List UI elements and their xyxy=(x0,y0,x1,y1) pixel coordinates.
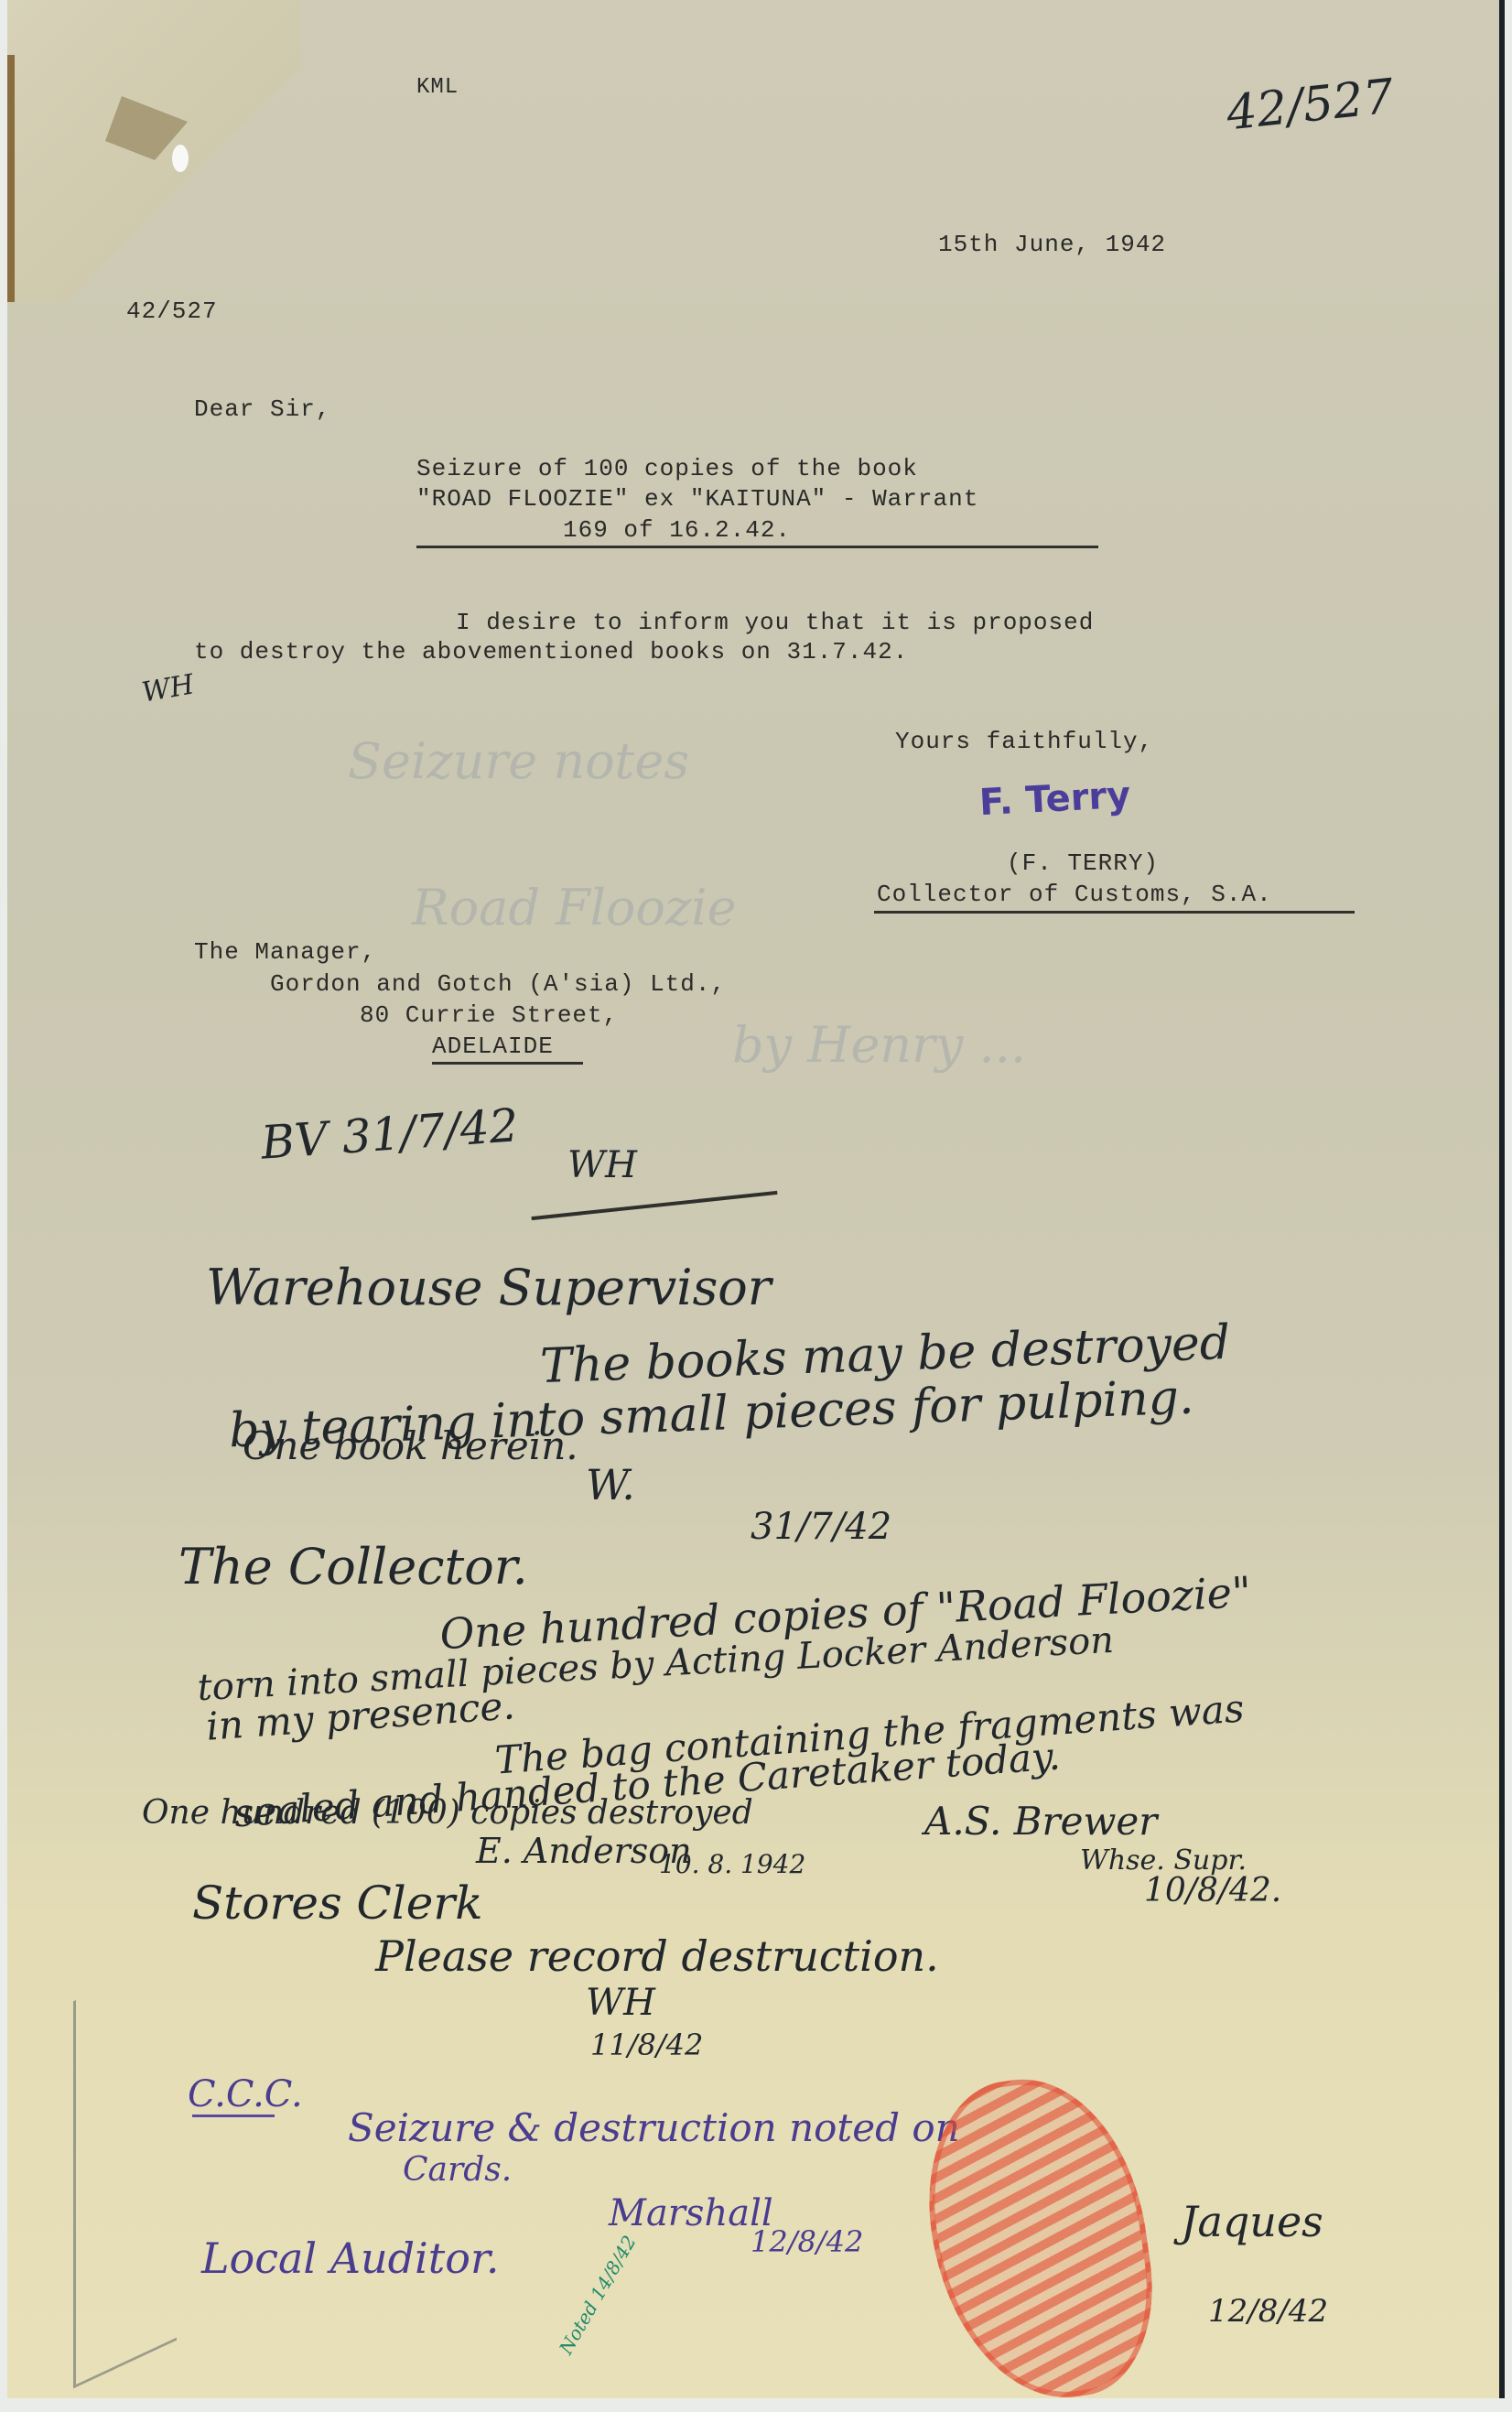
closing: Yours faithfully, xyxy=(895,728,1153,755)
scan-border xyxy=(0,2398,1512,2412)
collector-heading: The Collector. xyxy=(178,1538,528,1595)
body-line-1: I desire to inform you that it is propos… xyxy=(456,609,1094,636)
cec-line-2: Cards. xyxy=(403,2151,512,2189)
brewer-signature: A.S. Brewer xyxy=(924,1799,1157,1844)
warehouse-signature: W. xyxy=(586,1460,635,1509)
signatory-title: Collector of Customs, S.A. xyxy=(877,881,1272,908)
punch-hole xyxy=(172,145,189,172)
show-through-text: Road Floozie xyxy=(412,879,737,936)
record-note: Please record destruction. xyxy=(375,1931,939,1981)
subject-underline xyxy=(416,546,1098,548)
subject-line-1: Seizure of 100 copies of the book xyxy=(416,455,918,482)
city-underline xyxy=(432,1062,583,1065)
marshall-date: 12/8/42 xyxy=(751,2224,863,2259)
signatory-name: (F. TERRY) xyxy=(1007,849,1159,877)
brewer-date: 10/8/42. xyxy=(1144,1872,1281,1909)
letter-date: 15th June, 1942 xyxy=(938,231,1166,258)
cec-heading: C.C.C. xyxy=(188,2073,303,2115)
jaques-date: 12/8/42 xyxy=(1208,2293,1328,2330)
typist-initials: KML xyxy=(416,75,459,100)
subject-line-2: "ROAD FLOOZIE" ex "KAITUNA" - Warrant xyxy=(416,485,978,513)
show-through-text: by Henry ... xyxy=(732,1016,1026,1074)
addressee-line-1: The Manager, xyxy=(194,938,376,966)
subject-line-3: 169 of 16.2.42. xyxy=(563,516,791,544)
paper-edge xyxy=(7,55,15,302)
show-through-text: Seizure notes xyxy=(348,732,689,790)
signature-stamp: F. Terry xyxy=(978,774,1131,825)
anderson-date: 10. 8. 1942 xyxy=(659,1849,805,1879)
cec-line-1: Seizure & destruction noted on xyxy=(348,2105,960,2150)
body-line-2: to destroy the abovementioned books on 3… xyxy=(194,638,908,665)
addressee-line-2: Gordon and Gotch (A'sia) Ltd., xyxy=(270,970,726,998)
pencil-mark xyxy=(73,1953,177,2389)
letter-page xyxy=(7,0,1505,2398)
local-auditor: Local Auditor. xyxy=(201,2234,500,2283)
warehouse-line-3: One book herein. xyxy=(243,1423,578,1468)
marshall-signature: Marshall xyxy=(609,2192,773,2234)
jaques-signature: Jaques xyxy=(1181,2197,1323,2246)
destroyed-note: One hundred (100) copies destroyed xyxy=(142,1794,753,1832)
record-date: 11/8/42 xyxy=(590,2028,703,2062)
file-ref-typed: 42/527 xyxy=(126,297,218,325)
title-underline xyxy=(874,911,1355,914)
addressee-line-3: 80 Currie Street, xyxy=(360,1001,618,1029)
stores-clerk: Stores Clerk xyxy=(192,1877,483,1930)
addressee-city: ADELAIDE xyxy=(432,1033,554,1060)
warehouse-heading: Warehouse Supervisor xyxy=(206,1259,772,1316)
record-initials: WH xyxy=(586,1982,655,2024)
salutation: Dear Sir, xyxy=(194,395,330,423)
warehouse-date: 31/7/42 xyxy=(751,1506,891,1548)
cec-underline xyxy=(192,2115,275,2117)
bv-initials: WH xyxy=(567,1144,637,1186)
